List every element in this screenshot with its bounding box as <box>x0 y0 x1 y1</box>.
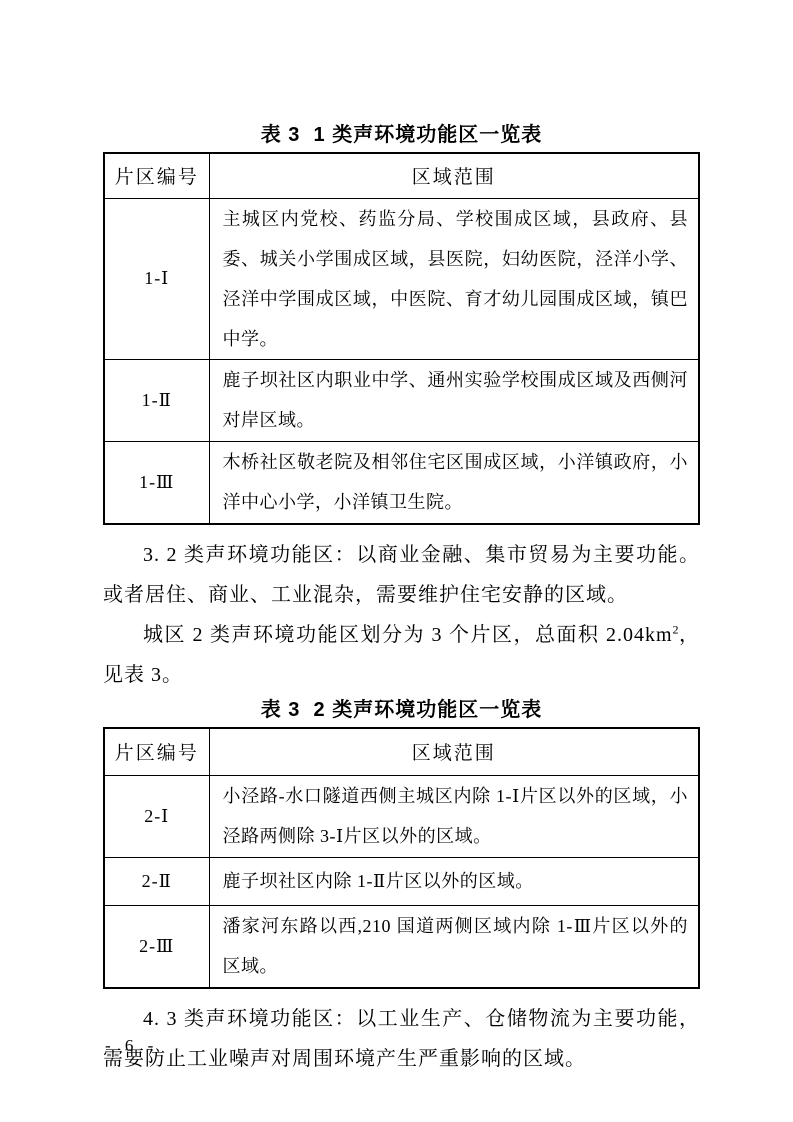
table-row: 1-Ⅲ 木桥社区敬老院及相邻住宅区围成区域，小洋镇政府，小洋中心小学，小洋镇卫生… <box>104 441 699 524</box>
table-row: 2-Ⅲ 潘家河东路以西,210 国道两侧区域内除 1-Ⅲ片区以外的区域。 <box>104 905 699 988</box>
zone-code: 2-Ⅲ <box>104 905 209 988</box>
zone-scope: 主城区内党校、药监分局、学校围成区域，县政府、县委、城关小学围成区域，县医院，妇… <box>209 198 699 359</box>
header-cell-code: 片区编号 <box>104 728 209 775</box>
table1-title: 表 3 1 类声环境功能区一览表 <box>103 122 700 148</box>
zone-code: 1-Ⅱ <box>104 359 209 441</box>
zone-table-1: 片区编号 区域范围 1-Ⅰ 主城区内党校、药监分局、学校围成区域，县政府、县委、… <box>103 152 700 525</box>
zone-table-2: 片区编号 区域范围 2-Ⅰ 小泾路-水口隧道西侧主城区内除 1-Ⅰ片区以外的区域… <box>103 727 700 989</box>
page-number: - 6 - <box>105 1036 158 1056</box>
zone-code: 1-Ⅲ <box>104 441 209 524</box>
zone-scope: 木桥社区敬老院及相邻住宅区围成区域，小洋镇政府，小洋中心小学，小洋镇卫生院。 <box>209 441 699 524</box>
table1-header-row: 片区编号 区域范围 <box>104 153 699 198</box>
page-content: 表 3 1 类声环境功能区一览表 片区编号 区域范围 1-Ⅰ 主城区内党校、药监… <box>103 0 700 1079</box>
paragraph-class3-intro: 4. 3 类声环境功能区：以工业生产、仓储物流为主要功能，需要防止工业噪声对周围… <box>103 999 700 1079</box>
document-page: 表 3 1 类声环境功能区一览表 片区编号 区域范围 1-Ⅰ 主城区内党校、药监… <box>0 0 793 1122</box>
zone-code: 1-Ⅰ <box>104 198 209 359</box>
zone-scope: 鹿子坝社区内除 1-Ⅱ片区以外的区域。 <box>209 857 699 905</box>
header-cell-scope: 区域范围 <box>209 153 699 198</box>
paragraph-class2-area: 城区 2 类声环境功能区划分为 3 个片区，总面积 2.04km2，见表 3。 <box>103 615 700 695</box>
header-cell-scope: 区域范围 <box>209 728 699 775</box>
zone-scope: 小泾路-水口隧道西侧主城区内除 1-Ⅰ片区以外的区域，小泾路两侧除 3-Ⅰ片区以… <box>209 775 699 857</box>
table-row: 1-Ⅰ 主城区内党校、药监分局、学校围成区域，县政府、县委、城关小学围成区域，县… <box>104 198 699 359</box>
paragraph-class2-intro: 3. 2 类声环境功能区：以商业金融、集市贸易为主要功能。或者居住、商业、工业混… <box>103 535 700 615</box>
table-row: 1-Ⅱ 鹿子坝社区内职业中学、通州实验学校围成区域及西侧河对岸区域。 <box>104 359 699 441</box>
class2-area-text: 城区 2 类声环境功能区划分为 3 个片区，总面积 2.04km <box>143 624 673 646</box>
header-cell-code: 片区编号 <box>104 153 209 198</box>
zone-scope: 鹿子坝社区内职业中学、通州实验学校围成区域及西侧河对岸区域。 <box>209 359 699 441</box>
zone-code: 2-Ⅱ <box>104 857 209 905</box>
table-row: 2-Ⅰ 小泾路-水口隧道西侧主城区内除 1-Ⅰ片区以外的区域，小泾路两侧除 3-… <box>104 775 699 857</box>
body-paragraphs: 3. 2 类声环境功能区：以商业金融、集市贸易为主要功能。或者居住、商业、工业混… <box>103 535 700 695</box>
zone-code: 2-Ⅰ <box>104 775 209 857</box>
table2-header-row: 片区编号 区域范围 <box>104 728 699 775</box>
zone-scope: 潘家河东路以西,210 国道两侧区域内除 1-Ⅲ片区以外的区域。 <box>209 905 699 988</box>
table-row: 2-Ⅱ 鹿子坝社区内除 1-Ⅱ片区以外的区域。 <box>104 857 699 905</box>
table2-title: 表 3 2 类声环境功能区一览表 <box>103 697 700 723</box>
